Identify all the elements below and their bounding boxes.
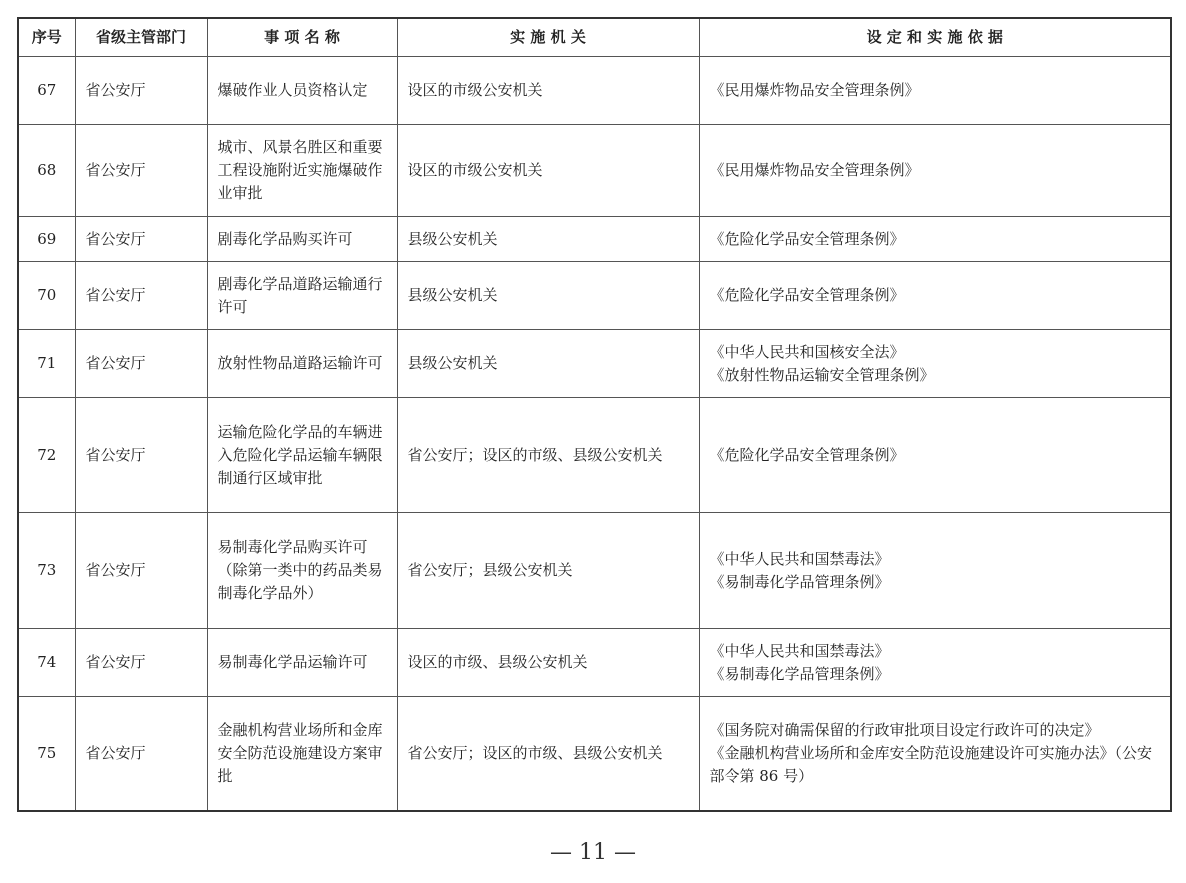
cell-dept: 省公安厅 <box>75 330 207 398</box>
cell-no: 72 <box>18 398 75 513</box>
cell-no: 75 <box>18 697 75 811</box>
cell-basis: 《国务院对确需保留的行政审批项目设定行政许可的决定》《金融机构营业场所和金库安全… <box>699 697 1171 811</box>
table-header-row: 序号 省级主管部门 事 项 名 称 实 施 机 关 设 定 和 实 施 依 据 <box>18 18 1171 57</box>
table-row: 69 省公安厅 剧毒化学品购买许可 县级公安机关 《危险化学品安全管理条例》 <box>18 217 1171 262</box>
cell-agency: 省公安厅；设区的市级、县级公安机关 <box>397 398 699 513</box>
cell-agency: 设区的市级公安机关 <box>397 57 699 125</box>
table-row: 71 省公安厅 放射性物品道路运输许可 县级公安机关 《中华人民共和国核安全法》… <box>18 330 1171 398</box>
cell-item: 易制毒化学品运输许可 <box>207 629 397 697</box>
cell-basis: 《中华人民共和国核安全法》《放射性物品运输安全管理条例》 <box>699 330 1171 398</box>
cell-basis: 《中华人民共和国禁毒法》《易制毒化学品管理条例》 <box>699 629 1171 697</box>
table-row: 74 省公安厅 易制毒化学品运输许可 设区的市级、县级公安机关 《中华人民共和国… <box>18 629 1171 697</box>
header-no: 序号 <box>18 18 75 57</box>
cell-agency: 省公安厅；设区的市级、县级公安机关 <box>397 697 699 811</box>
table-row: 72 省公安厅 运输危险化学品的车辆进入危险化学品运输车辆限制通行区域审批 省公… <box>18 398 1171 513</box>
cell-basis: 《民用爆炸物品安全管理条例》 <box>699 125 1171 217</box>
cell-agency: 设区的市级公安机关 <box>397 125 699 217</box>
cell-agency: 县级公安机关 <box>397 217 699 262</box>
cell-no: 71 <box>18 330 75 398</box>
cell-item: 爆破作业人员资格认定 <box>207 57 397 125</box>
header-agency: 实 施 机 关 <box>397 18 699 57</box>
cell-item: 放射性物品道路运输许可 <box>207 330 397 398</box>
approval-items-table: 序号 省级主管部门 事 项 名 称 实 施 机 关 设 定 和 实 施 依 据 … <box>17 17 1172 812</box>
cell-no: 73 <box>18 513 75 629</box>
cell-basis: 《中华人民共和国禁毒法》《易制毒化学品管理条例》 <box>699 513 1171 629</box>
cell-agency: 县级公安机关 <box>397 262 699 330</box>
header-basis: 设 定 和 实 施 依 据 <box>699 18 1171 57</box>
cell-item: 城市、风景名胜区和重要工程设施附近实施爆破作业审批 <box>207 125 397 217</box>
cell-basis: 《危险化学品安全管理条例》 <box>699 262 1171 330</box>
cell-dept: 省公安厅 <box>75 262 207 330</box>
page-number: — 11 — <box>0 840 1186 865</box>
cell-no: 69 <box>18 217 75 262</box>
cell-dept: 省公安厅 <box>75 697 207 811</box>
header-item: 事 项 名 称 <box>207 18 397 57</box>
cell-item: 易制毒化学品购买许可（除第一类中的药品类易制毒化学品外） <box>207 513 397 629</box>
cell-basis: 《危险化学品安全管理条例》 <box>699 217 1171 262</box>
table-row: 75 省公安厅 金融机构营业场所和金库安全防范设施建设方案审批 省公安厅；设区的… <box>18 697 1171 811</box>
table-row: 68 省公安厅 城市、风景名胜区和重要工程设施附近实施爆破作业审批 设区的市级公… <box>18 125 1171 217</box>
cell-agency: 县级公安机关 <box>397 330 699 398</box>
cell-no: 67 <box>18 57 75 125</box>
cell-agency: 省公安厅；县级公安机关 <box>397 513 699 629</box>
cell-no: 68 <box>18 125 75 217</box>
table-row: 73 省公安厅 易制毒化学品购买许可（除第一类中的药品类易制毒化学品外） 省公安… <box>18 513 1171 629</box>
cell-no: 70 <box>18 262 75 330</box>
cell-basis: 《民用爆炸物品安全管理条例》 <box>699 57 1171 125</box>
cell-item: 剧毒化学品购买许可 <box>207 217 397 262</box>
cell-dept: 省公安厅 <box>75 57 207 125</box>
cell-item: 剧毒化学品道路运输通行许可 <box>207 262 397 330</box>
table-row: 70 省公安厅 剧毒化学品道路运输通行许可 县级公安机关 《危险化学品安全管理条… <box>18 262 1171 330</box>
cell-item: 运输危险化学品的车辆进入危险化学品运输车辆限制通行区域审批 <box>207 398 397 513</box>
cell-dept: 省公安厅 <box>75 398 207 513</box>
table-row: 67 省公安厅 爆破作业人员资格认定 设区的市级公安机关 《民用爆炸物品安全管理… <box>18 57 1171 125</box>
header-dept: 省级主管部门 <box>75 18 207 57</box>
cell-dept: 省公安厅 <box>75 629 207 697</box>
cell-dept: 省公安厅 <box>75 513 207 629</box>
cell-basis: 《危险化学品安全管理条例》 <box>699 398 1171 513</box>
cell-dept: 省公安厅 <box>75 125 207 217</box>
cell-dept: 省公安厅 <box>75 217 207 262</box>
cell-agency: 设区的市级、县级公安机关 <box>397 629 699 697</box>
cell-no: 74 <box>18 629 75 697</box>
cell-item: 金融机构营业场所和金库安全防范设施建设方案审批 <box>207 697 397 811</box>
